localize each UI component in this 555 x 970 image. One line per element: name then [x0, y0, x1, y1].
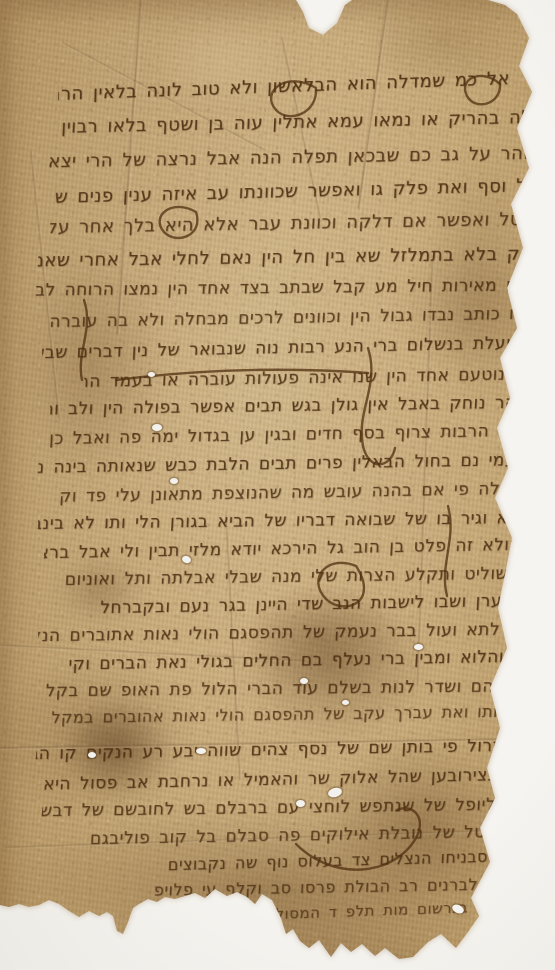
- paper-wrapper: אל כמ שמדלה הוא הבלאשון ולא טוב לונה בלא…: [0, 0, 555, 970]
- edge-shading: [0, 0, 555, 970]
- manuscript-scan: אל כמ שמדלה הוא הבלאשון ולא טוב לונה בלא…: [0, 0, 555, 970]
- manuscript-paper: אל כמ שמדלה הוא הבלאשון ולא טוב לונה בלא…: [0, 0, 555, 970]
